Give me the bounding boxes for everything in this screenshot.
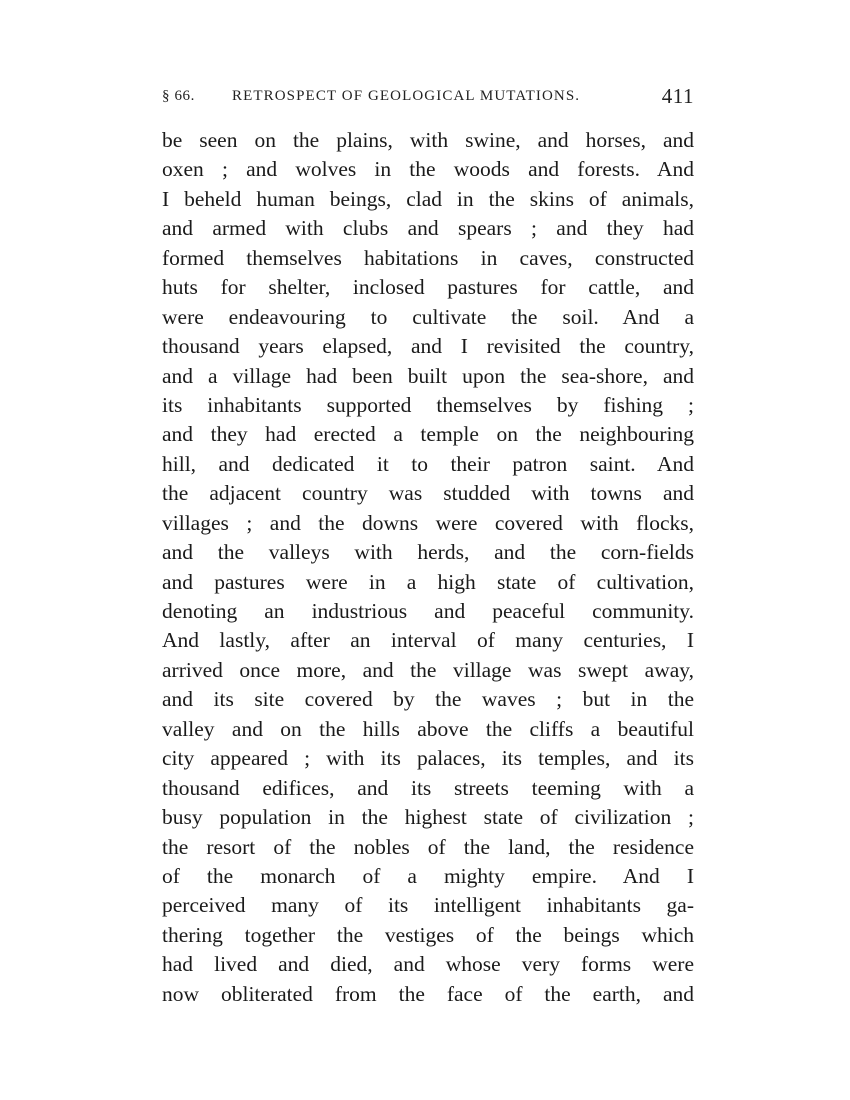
body-text: be seen on the plains, with swine, and h… xyxy=(162,126,694,1009)
text-line: denoting an industrious and peaceful com… xyxy=(162,597,694,626)
text-line: be seen on the plains, with swine, and h… xyxy=(162,126,694,155)
text-line: perceived many of its intelligent inhabi… xyxy=(162,891,694,920)
text-line: and a village had been built upon the se… xyxy=(162,362,694,391)
text-line: oxen ; and wolves in the woods and fores… xyxy=(162,155,694,184)
text-line: and the valleys with herds, and the corn… xyxy=(162,538,694,567)
text-line: and armed with clubs and spears ; and th… xyxy=(162,214,694,243)
text-line: thousand edifices, and its streets teemi… xyxy=(162,774,694,803)
text-line: hill, and dedicated it to their patron s… xyxy=(162,450,694,479)
text-line: busy population in the highest state of … xyxy=(162,803,694,832)
text-line: thering together the vestiges of the bei… xyxy=(162,921,694,950)
text-line: and they had erected a temple on the nei… xyxy=(162,420,694,449)
page-number: 411 xyxy=(662,84,694,109)
text-line: valley and on the hills above the cliffs… xyxy=(162,715,694,744)
book-page: § 66. RETROSPECT OF GEOLOGICAL MUTATIONS… xyxy=(0,0,850,1100)
text-line: thousand years elapsed, and I revisited … xyxy=(162,332,694,361)
running-head: § 66. RETROSPECT OF GEOLOGICAL MUTATIONS… xyxy=(162,86,694,112)
text-line: of the monarch of a mighty empire. And I xyxy=(162,862,694,891)
text-line: I beheld human beings, clad in the skins… xyxy=(162,185,694,214)
text-line: were endeavouring to cultivate the soil.… xyxy=(162,303,694,332)
section-number: § 66. xyxy=(162,88,195,105)
text-line: the resort of the nobles of the land, th… xyxy=(162,833,694,862)
text-line: huts for shelter, inclosed pastures for … xyxy=(162,273,694,302)
text-line: and pastures were in a high state of cul… xyxy=(162,568,694,597)
text-line: city appeared ; with its palaces, its te… xyxy=(162,744,694,773)
text-line: now obliterated from the face of the ear… xyxy=(162,980,694,1009)
text-line: and its site covered by the waves ; but … xyxy=(162,685,694,714)
running-title: RETROSPECT OF GEOLOGICAL MUTATIONS. xyxy=(232,88,580,105)
text-line: formed themselves habitations in caves, … xyxy=(162,244,694,273)
text-line: had lived and died, and whose very forms… xyxy=(162,950,694,979)
text-line: its inhabitants supported themselves by … xyxy=(162,391,694,420)
text-line: arrived once more, and the village was s… xyxy=(162,656,694,685)
text-line: the adjacent country was studded with to… xyxy=(162,479,694,508)
text-line: villages ; and the downs were covered wi… xyxy=(162,509,694,538)
text-line: And lastly, after an interval of many ce… xyxy=(162,626,694,655)
